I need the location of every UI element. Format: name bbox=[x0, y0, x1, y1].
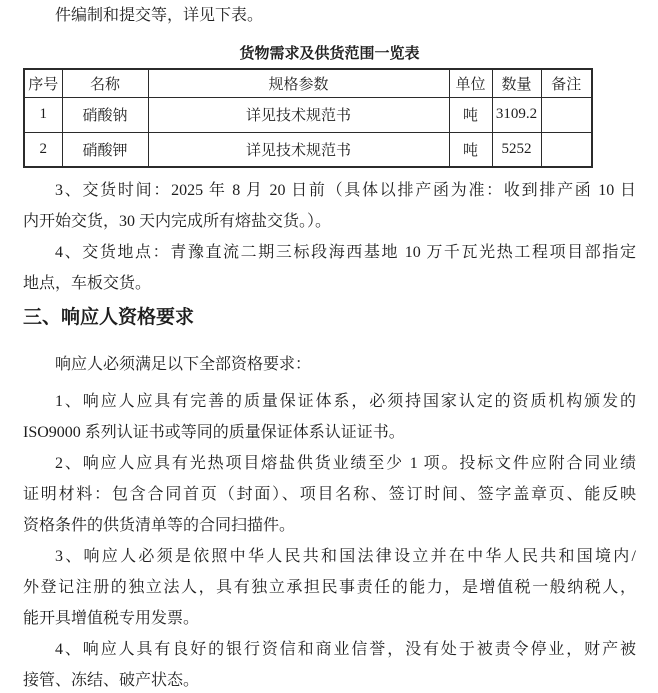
requirement-paragraph-2: 2、响应人应具有光热项目熔盐供货业绩至少 1 项。投标文件应附合同业绩 证明材料… bbox=[23, 448, 636, 541]
paragraph-line: 2、响应人应具有光热项目熔盐供货业绩至少 1 项。投标文件应附合同业绩 bbox=[23, 448, 636, 479]
paragraph-line: 4、交货地点：青豫直流二期三标段海西基地 10 万千瓦光热工程项目部指定 bbox=[23, 237, 636, 268]
cell-name: 硝酸钾 bbox=[62, 132, 148, 167]
col-header-spec: 规格参数 bbox=[148, 69, 449, 97]
cell-seq: 1 bbox=[24, 97, 62, 132]
col-header-name: 名称 bbox=[62, 69, 148, 97]
paragraph-line: 证明材料：包含合同首页（封面）、项目名称、签订时间、签字盖章页、能反映 bbox=[23, 479, 636, 510]
cell-note bbox=[541, 132, 592, 167]
paragraph-line: ISO9000 系列认证书或等同的质量保证体系认证证书。 bbox=[23, 417, 636, 448]
paragraph-line: 4、响应人具有良好的银行资信和商业信誉，没有处于被责令停业，财产被 bbox=[23, 634, 636, 665]
document-page: 件编制和提交等，详见下表。 货物需求及供货范围一览表 序号 名称 规格参数 单位… bbox=[0, 0, 658, 693]
requirement-paragraph-4: 4、响应人具有良好的银行资信和商业信誉，没有处于被责令停业，财产被 接管、冻结、… bbox=[23, 634, 636, 693]
paragraph-line: 地点，车板交货。 bbox=[23, 268, 636, 299]
col-header-qty: 数量 bbox=[492, 69, 541, 97]
paragraph-line: 3、响应人必须是依照中华人民共和国法律设立并在中华人民共和国境内/ bbox=[23, 541, 636, 572]
cell-qty: 5252 bbox=[492, 132, 541, 167]
table-title: 货物需求及供货范围一览表 bbox=[23, 44, 636, 64]
table-row: 1 硝酸钠 详见技术规范书 吨 3109.2 bbox=[24, 97, 592, 132]
paragraph-line: 资格条件的供货清单等的合同扫描件。 bbox=[23, 510, 636, 541]
section-heading: 三、响应人资格要求 bbox=[23, 303, 636, 333]
paragraph-line: 内开始交货，30 天内完成所有熔盐交货。）。 bbox=[23, 206, 636, 237]
cell-note bbox=[541, 97, 592, 132]
paragraph-line: 接管、冻结、破产状态。 bbox=[23, 665, 636, 693]
col-header-unit: 单位 bbox=[449, 69, 492, 97]
paragraph-line: 能开具增值税专用发票。 bbox=[23, 603, 636, 634]
section-intro: 响应人必须满足以下全部资格要求： bbox=[23, 349, 636, 380]
paragraph-line: 1、响应人应具有完善的质量保证体系，必须持国家认定的资质机构颁发的 bbox=[23, 386, 636, 417]
cell-spec: 详见技术规范书 bbox=[148, 97, 449, 132]
intro-line: 件编制和提交等，详见下表。 bbox=[23, 0, 636, 31]
goods-table: 序号 名称 规格参数 单位 数量 备注 1 硝酸钠 详见技术规范书 吨 3109… bbox=[23, 68, 593, 168]
delivery-terms: 3、交货时间：2025 年 8 月 20 日前（具体以排产函为准：收到排产函 1… bbox=[23, 175, 636, 299]
requirement-paragraph-1: 1、响应人应具有完善的质量保证体系，必须持国家认定的资质机构颁发的 ISO900… bbox=[23, 386, 636, 448]
paragraph-delivery-place: 4、交货地点：青豫直流二期三标段海西基地 10 万千瓦光热工程项目部指定 地点，… bbox=[23, 237, 636, 299]
col-header-note: 备注 bbox=[541, 69, 592, 97]
requirement-paragraph-3: 3、响应人必须是依照中华人民共和国法律设立并在中华人民共和国境内/ 外登记注册的… bbox=[23, 541, 636, 634]
col-header-seq: 序号 bbox=[24, 69, 62, 97]
table-row: 2 硝酸钾 详见技术规范书 吨 5252 bbox=[24, 132, 592, 167]
paragraph-delivery-time: 3、交货时间：2025 年 8 月 20 日前（具体以排产函为准：收到排产函 1… bbox=[23, 175, 636, 237]
cell-seq: 2 bbox=[24, 132, 62, 167]
cell-qty: 3109.2 bbox=[492, 97, 541, 132]
section-intro-line: 响应人必须满足以下全部资格要求： bbox=[23, 349, 636, 380]
cell-spec: 详见技术规范书 bbox=[148, 132, 449, 167]
paragraph-line: 3、交货时间：2025 年 8 月 20 日前（具体以排产函为准：收到排产函 1… bbox=[23, 175, 636, 206]
table-header-row: 序号 名称 规格参数 单位 数量 备注 bbox=[24, 69, 592, 97]
cell-name: 硝酸钠 bbox=[62, 97, 148, 132]
paragraph-line: 外登记注册的独立法人，具有独立承担民事责任的能力，是增值税一般纳税人， bbox=[23, 572, 636, 603]
cell-unit: 吨 bbox=[449, 132, 492, 167]
cell-unit: 吨 bbox=[449, 97, 492, 132]
